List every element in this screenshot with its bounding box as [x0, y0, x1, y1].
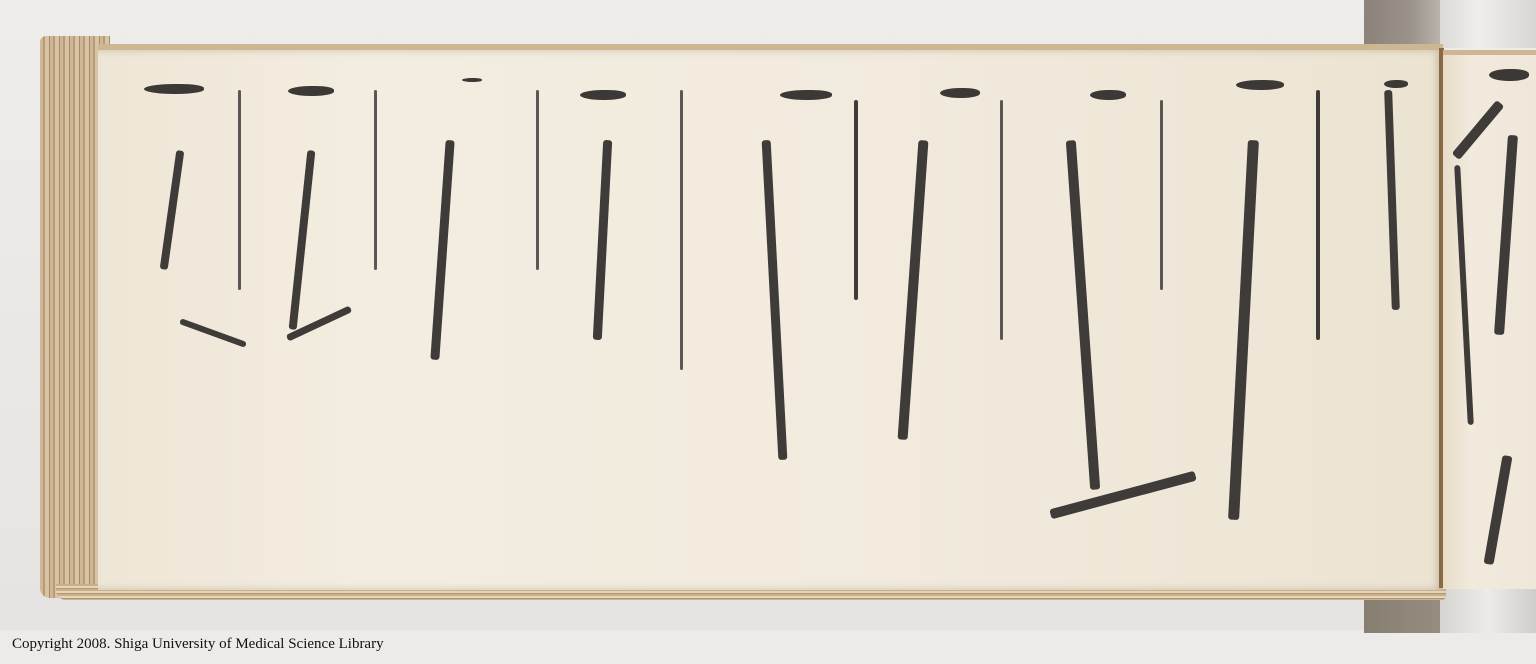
brush-stroke — [1384, 90, 1400, 310]
item-marker — [462, 78, 482, 82]
brush-stroke — [430, 140, 454, 360]
brush-stroke — [1452, 100, 1505, 160]
brush-stroke — [762, 140, 788, 460]
ruling-line — [536, 90, 539, 270]
ruling-line — [1000, 100, 1003, 340]
ruling-line — [374, 90, 377, 270]
ruling-line — [1160, 100, 1163, 290]
brush-stroke — [179, 318, 247, 348]
brush-stroke — [1484, 455, 1513, 565]
manuscript-page-left — [98, 44, 1443, 590]
support-post-bottom-light — [1440, 587, 1536, 633]
brush-stroke — [898, 140, 929, 440]
item-marker — [144, 84, 204, 94]
manuscript-page-right — [1443, 50, 1536, 589]
support-post-top-light — [1440, 0, 1536, 48]
brush-stroke — [1494, 135, 1518, 335]
copyright-notice: Copyright 2008. Shiga University of Medi… — [12, 636, 384, 653]
support-post-top — [1364, 0, 1440, 48]
brush-stroke — [1066, 140, 1100, 490]
item-marker — [1384, 80, 1408, 88]
item-marker — [288, 86, 334, 96]
brush-stroke — [1454, 165, 1474, 425]
ruling-line — [854, 100, 858, 300]
brush-stroke — [160, 150, 185, 270]
item-marker — [940, 88, 980, 98]
item-marker — [1489, 69, 1529, 81]
item-marker — [1236, 80, 1284, 90]
brush-stroke — [1228, 140, 1259, 520]
item-marker — [1090, 90, 1126, 100]
item-marker — [780, 90, 832, 100]
brush-stroke — [1049, 471, 1196, 519]
brush-stroke — [593, 140, 612, 340]
brush-stroke — [289, 150, 316, 330]
ruling-line — [680, 90, 683, 370]
item-marker — [580, 90, 626, 100]
ruling-line — [1316, 90, 1320, 340]
ruling-line — [238, 90, 241, 290]
